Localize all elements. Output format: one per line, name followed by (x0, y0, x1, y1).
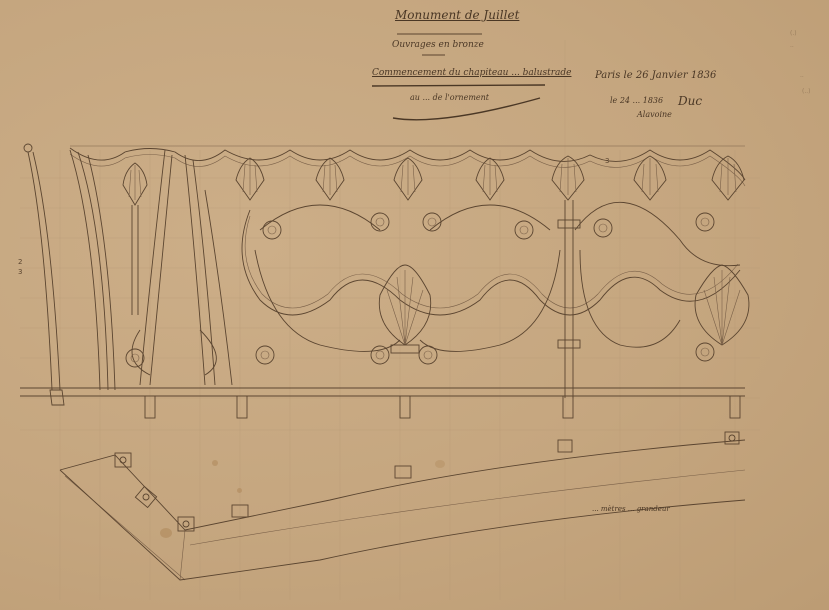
margin-mark: .. (800, 72, 804, 79)
drawing-title: Monument de Juillet (395, 8, 519, 22)
construction-grid (20, 40, 760, 600)
drawing-date: Paris le 26 Janvier 1836 (595, 70, 716, 81)
dimension-label: 2 (18, 258, 22, 266)
architect-signature: Duc (678, 94, 702, 108)
drawing-date-secondary: le 24 ... 1836 (610, 96, 663, 105)
right-palmette (695, 265, 749, 345)
paper-stain (435, 460, 445, 468)
margin-mark: (.) (790, 30, 797, 37)
scrollwork (132, 202, 740, 375)
paper-stain (160, 528, 172, 538)
posts (558, 200, 580, 398)
paper-stain (237, 488, 242, 493)
drawing-heading: Commencement du chapiteau ... balustrade (372, 68, 571, 78)
drawing-subtitle: Ouvrages en bronze (392, 40, 484, 50)
paper-stain (212, 460, 218, 466)
base-rail (20, 388, 745, 418)
approval-signature: Alavoine (637, 110, 672, 119)
drawing-subheading: au ... de l'ornement (410, 93, 489, 102)
margin-mark: (..) (802, 88, 811, 95)
margin-mark: .. (790, 42, 794, 49)
scale-note: ... mètres ... grandeur (592, 505, 670, 513)
central-palmette (379, 265, 430, 353)
dimension-label: 3 (18, 268, 22, 276)
acanthus-leaves-left (70, 150, 232, 390)
palmette-row (123, 156, 744, 315)
rosettes (126, 213, 714, 367)
drawing-canvas (0, 0, 829, 610)
architectural-drawing-sheet: Monument de Juillet Ouvrages en bronze C… (0, 0, 829, 610)
side-profile (24, 144, 64, 405)
section-label: 3 (605, 157, 609, 165)
